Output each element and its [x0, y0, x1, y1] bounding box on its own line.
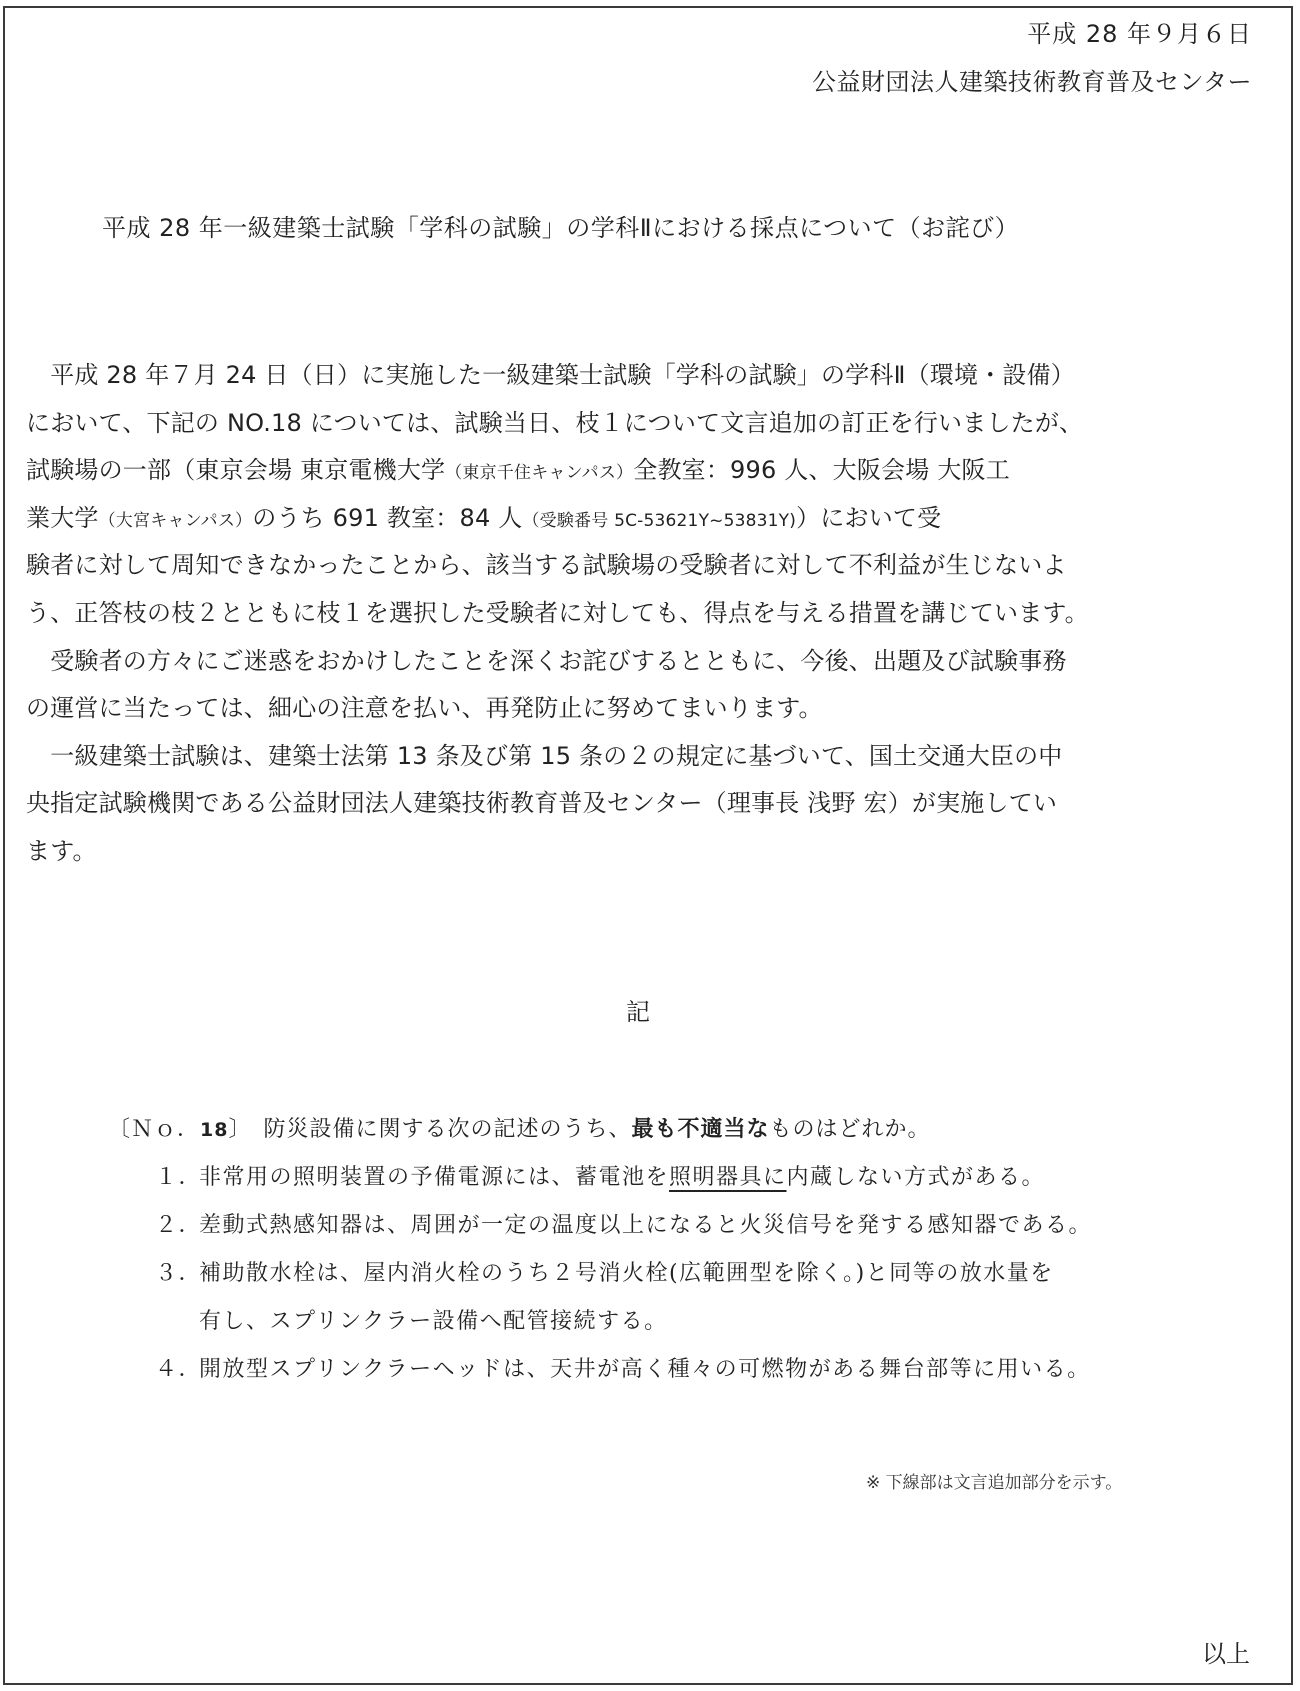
option-number: １． — [155, 1160, 199, 1191]
option-number: ４． — [155, 1352, 199, 1383]
question-stem: 〔Ｎｏ．18〕 防災設備に関する次の記述のうち、最も不適当なものはどれか。 — [108, 1112, 1092, 1160]
body-line: 業大学（大宮キャンパス）のうち 691 教室：84 人（受験番号 5C-5362… — [26, 495, 1276, 543]
option-number: ２． — [155, 1208, 199, 1239]
question-prefix-close: 〕 — [228, 1117, 240, 1142]
body-line: 央指定試験機関である公益財団法人建築技術教育普及センター（理事長 浅野 宏）が実… — [26, 780, 1276, 828]
body-line: ます。 — [26, 828, 1276, 876]
underlined-addition: 照明器具に — [669, 1165, 787, 1190]
option-text: 非常用の照明装置の予備電源には、蓄電池を — [199, 1165, 669, 1190]
question-stem-before: 防災設備に関する次の記述のうち、 — [240, 1117, 631, 1142]
question-option-1: １．非常用の照明装置の予備電源には、蓄電池を照明器具に内蔵しない方式がある。 — [155, 1160, 1092, 1208]
body-text-segment: 全教室：996 人、大阪会場 大阪工 — [633, 456, 1010, 484]
body-text-segment: 一級建築士試験は、建築士法第 13 条及び第 15 条の２の規定に基づいて、国土… — [26, 742, 1063, 770]
option-number: ３． — [155, 1256, 199, 1287]
ki-heading: 記 — [626, 992, 650, 1027]
option-text: 差動式熱感知器は、周囲が一定の温度以上になると火災信号を発する感知器である。 — [199, 1213, 1092, 1238]
question-prefix-open: 〔Ｎｏ． — [108, 1117, 200, 1142]
question-stem-after: ものはどれか。 — [770, 1117, 931, 1142]
body-small-text: （受験番号 5C-53621Y~53831Y) — [522, 511, 796, 531]
question-options: １．非常用の照明装置の予備電源には、蓄電池を照明器具に内蔵しない方式がある。２．… — [155, 1160, 1092, 1400]
body-text-segment: ）において受 — [796, 504, 941, 532]
body-line: 平成 28 年７月 24 日（日）に実施した一級建築士試験「学科の試験」の学科Ⅱ… — [26, 352, 1276, 400]
option-text: 内蔵しない方式がある。 — [787, 1165, 1046, 1190]
issuing-organization: 公益財団法人建築技術教育普及センター — [812, 62, 1252, 97]
body-text-segment: 業大学 — [26, 504, 99, 532]
body-line: 受験者の方々にご迷惑をおかけしたことを深くお詫びするとともに、今後、出題及び試験… — [26, 638, 1276, 686]
question-number: 18 — [200, 1119, 228, 1141]
body-line: 試験場の一部（東京会場 東京電機大学（東京千住キャンパス）全教室：996 人、大… — [26, 447, 1276, 495]
body-text-segment: のうち 691 教室：84 人 — [252, 504, 522, 532]
body-small-text: （東京千住キャンパス） — [445, 463, 633, 483]
option-text: 補助散水栓は、屋内消火栓のうち２号消火栓(広範囲型を除く。)と同等の放水量を — [199, 1261, 1054, 1286]
underline-note: ※ 下線部は文言追加部分を示す。 — [866, 1468, 1122, 1493]
question-block: 〔Ｎｏ．18〕 防災設備に関する次の記述のうち、最も不適当なものはどれか。 １．… — [108, 1112, 1092, 1400]
body-text: 平成 28 年７月 24 日（日）に実施した一級建築士試験「学科の試験」の学科Ⅱ… — [26, 352, 1276, 876]
body-line: 一級建築士試験は、建築士法第 13 条及び第 15 条の２の規定に基づいて、国土… — [26, 733, 1276, 781]
question-option-2: ２．差動式熱感知器は、周囲が一定の温度以上になると火災信号を発する感知器である。 — [155, 1208, 1092, 1256]
document-title: 平成 28 年一級建築士試験「学科の試験」の学科Ⅱにおける採点について（お詫び） — [102, 208, 1019, 243]
body-line: において、下記の NO.18 については、試験当日、枝１について文言追加の訂正を… — [26, 400, 1276, 448]
body-text-segment: う、正答枝の枝２とともに枝１を選択した受験者に対しても、得点を与える措置を講じて… — [26, 599, 1089, 627]
body-line: う、正答枝の枝２とともに枝１を選択した受験者に対しても、得点を与える措置を講じて… — [26, 590, 1276, 638]
option-text: 開放型スプリンクラーヘッドは、天井が高く種々の可燃物がある舞台部等に用いる。 — [199, 1357, 1091, 1382]
body-text-segment: 験者に対して周知できなかったことから、該当する試験場の受験者に対して不利益が生じ… — [26, 551, 1067, 579]
body-text-segment: ます。 — [26, 837, 97, 865]
body-text-segment: 受験者の方々にご迷惑をおかけしたことを深くお詫びするとともに、今後、出題及び試験… — [26, 647, 1067, 675]
body-text-segment: 平成 28 年７月 24 日（日）に実施した一級建築士試験「学科の試験」の学科Ⅱ… — [26, 361, 1075, 389]
question-stem-bold: 最も不適当な — [632, 1117, 770, 1142]
body-line: 験者に対して周知できなかったことから、該当する試験場の受験者に対して不利益が生じ… — [26, 542, 1276, 590]
question-option-3: 有し、スプリンクラー設備へ配管接続する。 — [155, 1304, 1092, 1352]
question-option-3: ３．補助散水栓は、屋内消火栓のうち２号消火栓(広範囲型を除く。)と同等の放水量を — [155, 1256, 1092, 1304]
document-date: 平成 28 年９月６日 — [1027, 14, 1252, 49]
question-option-4: ４．開放型スプリンクラーヘッドは、天井が高く種々の可燃物がある舞台部等に用いる。 — [155, 1352, 1092, 1400]
option-text: 有し、スプリンクラー設備へ配管接続する。 — [199, 1309, 668, 1334]
body-text-segment: 央指定試験機関である公益財団法人建築技術教育普及センター（理事長 浅野 宏）が実… — [26, 789, 1057, 817]
body-line: の運営に当たっては、細心の注意を払い、再発防止に努めてまいります。 — [26, 685, 1276, 733]
body-text-segment: 試験場の一部（東京会場 東京電機大学 — [26, 456, 445, 484]
body-small-text: （大宮キャンパス） — [99, 511, 253, 531]
closing-text: 以上 — [1202, 1634, 1250, 1669]
body-text-segment: において、下記の NO.18 については、試験当日、枝１について文言追加の訂正を… — [26, 409, 1083, 437]
body-text-segment: の運営に当たっては、細心の注意を払い、再発防止に努めてまいります。 — [26, 694, 823, 722]
